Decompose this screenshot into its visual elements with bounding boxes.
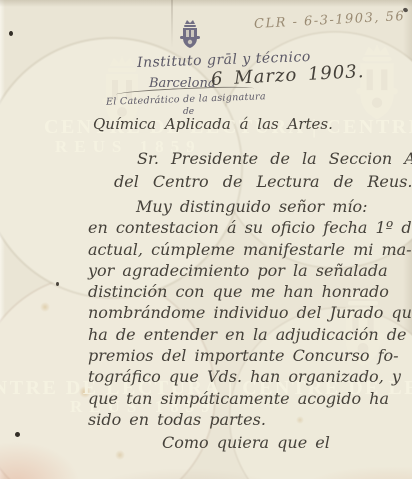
handwritten-subject: Química Aplicada á las Artes. [93, 115, 333, 133]
letter-line: distinción con que me han honrado [88, 281, 412, 302]
addressee-line: del Centro de Lectura de Reus. [114, 172, 412, 191]
paper-crease [171, 0, 173, 48]
letter-line: tográfico que Vds. han organizado, y [88, 366, 412, 387]
letter-line: ha de entender en la adjudicación de [88, 324, 412, 345]
letter-line: en contestacion á su oficio fecha 1º del [88, 217, 412, 238]
letter-line: nombrándome individuo del Jurado que [88, 302, 412, 323]
ink-speck [15, 432, 20, 437]
letter-body: Muy distinguido señor mío: en contestaci… [88, 196, 412, 454]
ink-speck [9, 31, 13, 36]
letter-line: Como quiera que el [88, 432, 412, 453]
letter-line: sido en todas partes. [88, 409, 412, 430]
letter-line: que tan simpáticamente acogido ha [88, 388, 412, 409]
watermark-crest-icon [350, 42, 404, 126]
archival-reference: CLR - 6-3-1903, 56 [254, 9, 406, 32]
addressee-line: Sr. Presidente de la Seccion Artística [137, 149, 412, 168]
scanned-letter-page: CENTRE DE LECTURA | CENTRE DE LE REUS 18… [0, 0, 412, 479]
letter-line: Muy distinguido señor mío: [88, 196, 412, 217]
letter-line: yor agradecimiento por la señalada [88, 260, 412, 281]
letter-line: actual, cúmpleme manifestarle mi ma- [88, 239, 412, 260]
ink-speck [56, 282, 59, 286]
coat-of-arms-stamp-icon [178, 18, 202, 50]
letter-line: premios del importante Concurso fo- [88, 345, 412, 366]
